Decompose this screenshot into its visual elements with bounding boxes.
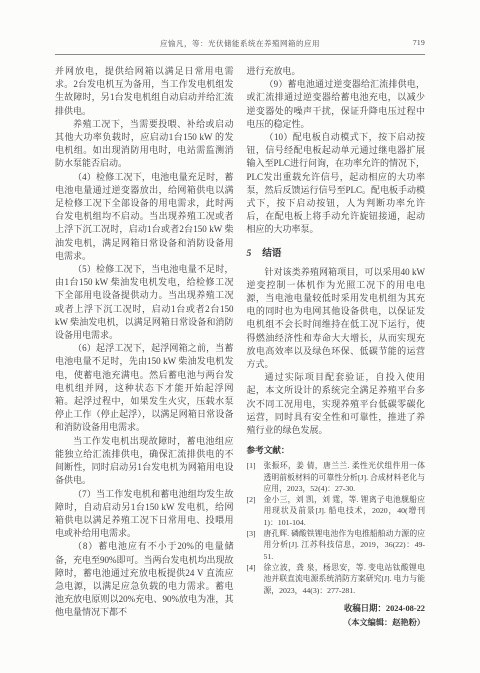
paragraph: （7）当工作发电机和蓄电池组均发生故障时，自动启动另1台150 kW 发电机，给…: [55, 488, 234, 541]
reference-item: [4]徐立波，龚 泉，杨思安，等. 变电站钛酸锂电池并联直流电源系统消防方案研究…: [247, 562, 426, 596]
section-heading: 5结语: [247, 245, 426, 259]
paragraph: 当工作发电机出现故障时，蓄电池组应能独立给汇流排供电，确保汇流排供电的不间断性，…: [55, 435, 234, 488]
references-heading: 参考文献：: [247, 444, 426, 456]
running-title: 应愉凡，等：光伏储能系统在养殖网箱的应用: [55, 38, 425, 49]
reference-label: [2]: [247, 494, 256, 505]
reference-text: 徐立波，龚 泉，杨思安，等. 变电站钛酸锂电池并联直流电源系统消防方案研究[J]…: [264, 563, 426, 595]
paragraph: （8）蓄电池应有不小于20%的电量储备，充电至90%即可。当两台发电机均出现故障…: [55, 540, 234, 619]
paragraph: （9）蓄电池通过逆变器给汇流排供电，或汇流排通过逆变器给蓄电池充电，以减少逆变器…: [247, 78, 426, 131]
reference-label: [1]: [247, 460, 256, 471]
paragraph: 养殖工况下，当需要投喂、补给或启动其他大功率负载时，应启动1台150 kW 的发…: [55, 118, 234, 171]
received-date: 收稿日期：2024-08-22: [247, 602, 426, 614]
received-date-label: 收稿日期：: [344, 604, 386, 613]
paragraph: （5）检修工况下，当电池电量不足时，由1台150 kW 柴油发电机发电，给检修工…: [55, 263, 234, 342]
paragraph: 通过实际项目配套验证，自投入使用起，本文所设计的系统完全满足养殖平台多次不同工况…: [247, 371, 426, 437]
received-date-value: 2024-08-22: [386, 604, 425, 613]
reference-label: [3]: [247, 528, 256, 539]
paragraph: 进行充放电。: [247, 65, 426, 78]
paragraph: （4）检修工况下，电池电量充足时，蓄电池电量通过逆变器放出，给网箱供电以满足检修…: [55, 171, 234, 263]
section-number: 5: [247, 248, 252, 259]
header-divider: [55, 54, 425, 55]
right-column: 进行充放电。 （9）蓄电池通过逆变器给汇流排供电，或汇流排通过逆变器给蓄电池充电…: [247, 65, 426, 628]
reference-item: [3]唐孔辉. 磷酸铁锂电池作为电推船舶动力源的应用分析[J]. 江苏科技信息，…: [247, 528, 426, 562]
paragraph: 针对该类养殖网箱项目，可以采用40 kW 逆变控制一体机作为光照工况下的用电电源…: [247, 266, 426, 372]
reference-label: [4]: [247, 562, 256, 573]
reference-item: [2]金小三，刘 凯，刘 霆，等. 锂离子电池舰船应用现状及前景[J]. 船电技…: [247, 494, 426, 528]
page-number: 719: [413, 38, 425, 47]
two-column-body: 并网放电，提供给网箱以满足日常用电需求。2台发电机互为备用，当工作发电机组发生故…: [55, 65, 425, 628]
page-header: 应愉凡，等：光伏储能系统在养殖网箱的应用 719: [55, 38, 425, 51]
left-column: 并网放电，提供给网箱以满足日常用电需求。2台发电机互为备用，当工作发电机组发生故…: [55, 65, 234, 628]
paragraph: （10）配电板自动模式下，按下启动按钮，信号经配电板起动单元通过继电器扩展输入至…: [247, 131, 426, 237]
journal-page: 应愉凡，等：光伏储能系统在养殖网箱的应用 719 并网放电，提供给网箱以满足日常…: [0, 0, 480, 673]
paragraph: （6）起浮工况下，起浮网箱之前，当蓄电池电量不足时，先由150 kW 柴油发电机…: [55, 342, 234, 434]
editor-note: （本文编辑：赵艳粉）: [247, 617, 426, 628]
paragraph: 并网放电，提供给网箱以满足日常用电需求。2台发电机互为备用，当工作发电机组发生故…: [55, 65, 234, 118]
reference-text: 唐孔辉. 磷酸铁锂电池作为电推船舶动力源的应用分析[J]. 江苏科技信息，201…: [264, 529, 426, 561]
section-title: 结语: [262, 248, 281, 259]
reference-item: [1]张振环，姜 倩，唐兰兰. 柔性光伏组件用一体透明前板材料的可靠性分析[J]…: [247, 460, 426, 494]
reference-text: 金小三，刘 凯，刘 霆，等. 锂离子电池舰船应用现状及前景[J]. 船电技术，2…: [264, 495, 426, 527]
reference-text: 张振环，姜 倩，唐兰兰. 柔性光伏组件用一体透明前板材料的可靠性分析[J]. 合…: [264, 461, 426, 493]
